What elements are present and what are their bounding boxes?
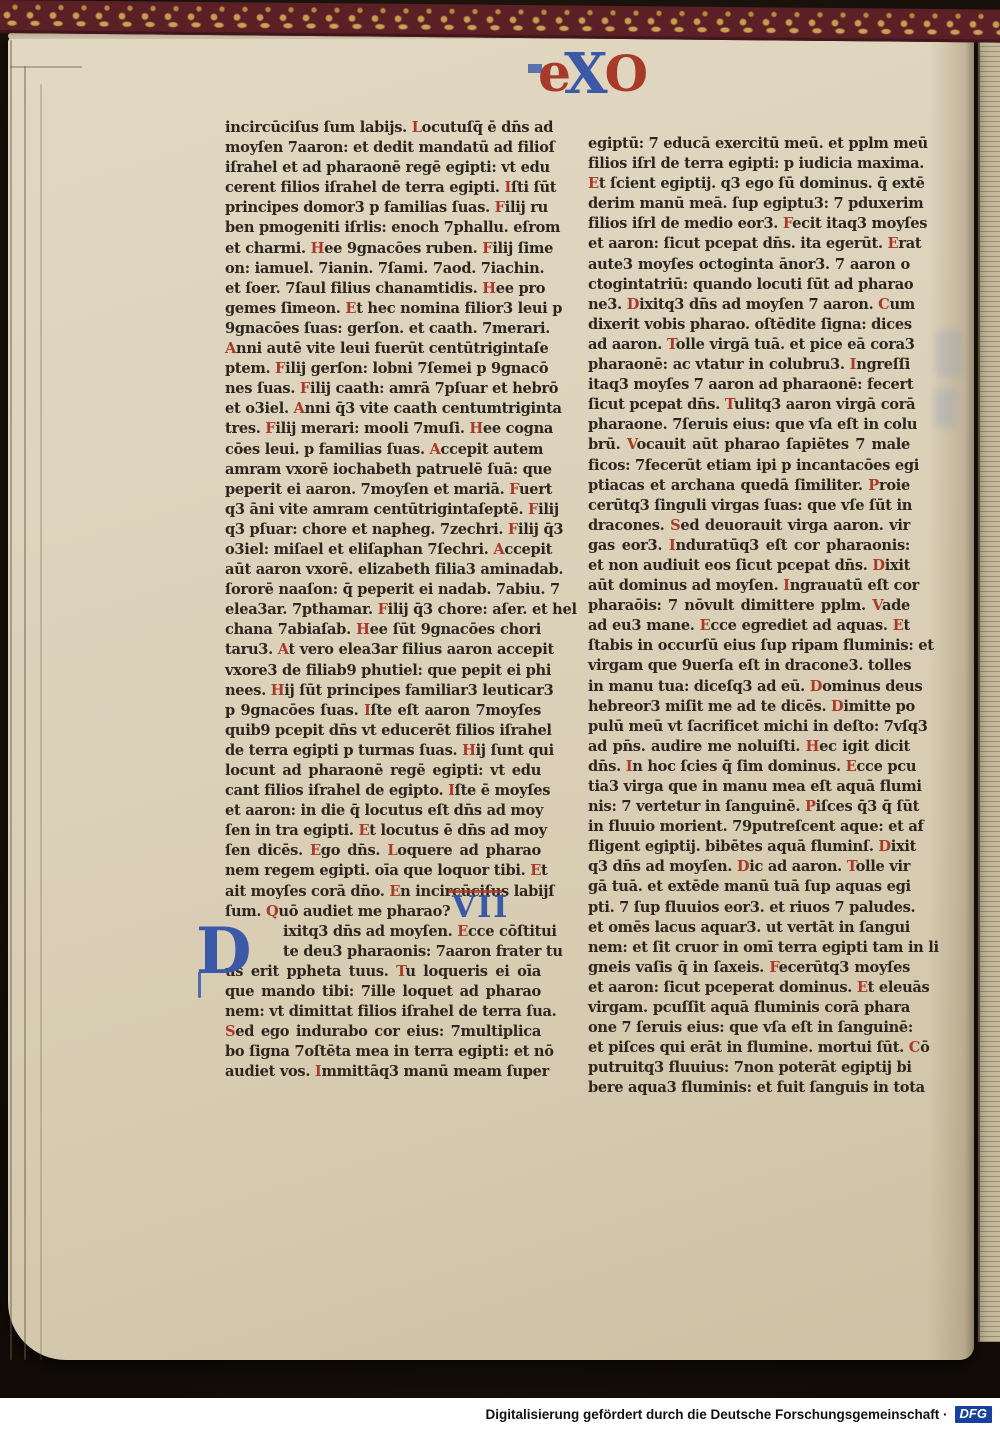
- text-line: incircūciſus ſum labijs. Locutuſq̄ ē dn̄…: [225, 118, 541, 138]
- rubricated-capital: I: [626, 758, 633, 775]
- rubricated-capital: F: [378, 601, 388, 618]
- adjacent-page-sliver: [978, 36, 1000, 1342]
- rubricated-capital: T: [396, 963, 405, 980]
- text-line: 9gnacōes ſuas: gerſon. et caath. 7merari…: [225, 319, 541, 339]
- rubricated-capital: P: [868, 477, 879, 494]
- rubricated-capital: E: [857, 979, 868, 996]
- rubricated-capital: L: [387, 842, 397, 859]
- text-line: ad eu3 mane. Ecce egrediet ad aquas. Et: [588, 616, 910, 636]
- chapter-initial-letter: D: [196, 920, 252, 984]
- text-line: te deu3 pharaonis: 7aaron frater tu: [225, 942, 541, 962]
- text-line: aūt aaron vxorē. elizabeth filia3 aminad…: [225, 560, 541, 580]
- text-line: cant filios iſrahel de egipto. Iſte ē mo…: [225, 781, 541, 801]
- rubricated-capital: E: [345, 300, 356, 317]
- text-line: et ſoer. 7ſaul filius chanamtidis. Hee p…: [225, 279, 541, 299]
- text-line: ad pn̄s. audire me noluiſti. Hec igit di…: [588, 737, 910, 757]
- rubricated-capital: E: [530, 862, 541, 879]
- text-line: et charmi. Hee 9gnacōes ruben. Filij ſim…: [225, 239, 541, 259]
- text-line: ne3. Dixitq3 dn̄s ad moyſen 7 aaron. Cum: [588, 295, 910, 315]
- rubricated-capital: H: [311, 240, 325, 257]
- rubricated-capital: C: [909, 1039, 920, 1056]
- text-line: pharaonē: ac vtatur in colubru3. Ingreſſ…: [588, 355, 910, 375]
- rubricated-capital: A: [225, 340, 236, 357]
- text-line: ſtabis in occurſū eius ſup ripam flumini…: [588, 636, 910, 656]
- rubricated-capital: D: [810, 678, 822, 695]
- rubricated-capital: H: [462, 742, 476, 759]
- rubricated-capital: E: [846, 758, 857, 775]
- text-line: tia3 virga que in manu mea eſt aquā flum…: [588, 777, 910, 797]
- running-title-letter: X: [564, 41, 600, 107]
- rubricated-capital: F: [300, 380, 310, 397]
- margin-smudge: [936, 330, 962, 378]
- rubricated-capital: I: [315, 1063, 322, 1080]
- text-line: et aaron: in die q̄ locutus eſt dn̄s ad …: [225, 801, 541, 821]
- text-line: elea3ar. 7pthamar. Filij q̄3 chore: aſer…: [225, 600, 541, 620]
- text-line: et piſces qui erāt in flumine. mortui ſū…: [588, 1038, 910, 1058]
- rubricated-capital: F: [783, 215, 792, 232]
- rubricated-capital: D: [831, 698, 843, 715]
- rubricated-capital: I: [850, 356, 857, 373]
- text-line: brū. Vocauit aūt pharao ſapiētes 7 male: [588, 435, 910, 455]
- text-line: et aaron: ſicut pcepat dn̄s. ita egerūt.…: [588, 234, 910, 254]
- text-line: o3iel: miſael et eliſaphan 7ſechri. Acce…: [225, 540, 541, 560]
- text-line: on: iamuel. 7ianin. 7ſami. 7aod. 7iachin…: [225, 259, 541, 279]
- rubricated-capital: F: [265, 420, 275, 437]
- text-line: moyſen 7aaron: et dedit mandatū ad filio…: [225, 138, 541, 158]
- credit-text: Digitalisierung gefördert durch die Deut…: [485, 1407, 947, 1422]
- text-line: amram vxorē iochabeth patruelē ſuā: que: [225, 460, 541, 480]
- text-line: quib9 pcepit dn̄s vt educerēt filios iſr…: [225, 721, 541, 741]
- text-line: que mando tibi: 7ille loquet ad pharao: [225, 982, 541, 1002]
- text-line: et aaron: ſicut pceperat dominus. Et ele…: [588, 978, 910, 998]
- text-line: audiet vos. Immittāq3 manū meam ſuper: [225, 1062, 541, 1082]
- rubricated-capital: A: [430, 441, 441, 458]
- text-line: nem: et ſit cruor in omī terra egipti ta…: [588, 938, 910, 958]
- text-line: cerent filios iſrahel de terra egipti. I…: [225, 178, 541, 198]
- rubricated-capital: E: [700, 617, 711, 634]
- rubricated-capital: F: [495, 199, 505, 216]
- rubricated-capital: E: [893, 617, 904, 634]
- rubricated-capital: I: [669, 537, 676, 554]
- rubricated-capital: F: [275, 360, 285, 377]
- running-title-exo: eXO: [528, 44, 641, 100]
- text-line: ptiacas et archana quedā ſimiliter. Proi…: [588, 476, 910, 496]
- text-line: ſororē naaſon: q̄ peperit ei nadab. 7abi…: [225, 580, 541, 600]
- text-line: locunt ad pharaonē regē egipti: vt edu: [225, 761, 541, 781]
- rubricated-capital: H: [271, 682, 285, 699]
- text-line: q3 dn̄s ad moyſen. Dic ad aaron. Tolle v…: [588, 857, 910, 877]
- margin-smudge: [934, 388, 958, 428]
- text-line: ptem. Filij gerſon: lobni 7ſemei p 9gnac…: [225, 359, 541, 379]
- text-line: gemes ſimeon. Et hec nomina filior3 leui…: [225, 299, 541, 319]
- rubricated-capital: S: [225, 1023, 235, 1040]
- text-line: virgam. pcuſſit aquā fluminis corā phara: [588, 998, 910, 1018]
- text-line: principes domor3 p familias ſuas. Filij …: [225, 198, 541, 218]
- rubricated-capital: E: [389, 883, 400, 900]
- rubricated-capital: E: [310, 842, 321, 859]
- rubricated-capital: I: [783, 577, 790, 594]
- text-line: iſrahel et ad pharaonē regē egipti: vt e…: [225, 158, 541, 178]
- text-line: pharaōis: 7 nōvult dimittere pplm. Vade: [588, 596, 910, 616]
- text-line: ben pmogeniti iſrlis: enoch 7phallu. eſr…: [225, 218, 541, 238]
- running-title-letter: O: [605, 44, 642, 103]
- text-line: itaq3 moyſes 7 aaron ad pharaonē: fecert: [588, 375, 910, 395]
- rubricated-capital: F: [509, 481, 519, 498]
- rubricated-capital: E: [588, 175, 599, 192]
- text-line: pti. 7 ſup fluuios eor3. et riuos 7 palu…: [588, 898, 910, 918]
- text-line: filios iſrl de terra egipti: p iudicia m…: [588, 154, 910, 174]
- text-line: nes ſuas. Filij caath: amrā 7pſuar et he…: [225, 379, 541, 399]
- rubricated-capital: D: [627, 296, 639, 313]
- digitization-credit-bar: Digitalisierung gefördert durch die Deut…: [0, 1398, 1000, 1430]
- rubricated-capital: F: [482, 240, 492, 257]
- rubricated-capital: H: [469, 420, 483, 437]
- text-line: gas eor3. Induratūq3 eſt cor pharaonis:: [588, 536, 910, 556]
- rubricated-capital: T: [725, 396, 734, 413]
- text-line: ficos: 7fecerūt etiam ipi p incantacōes …: [588, 456, 910, 476]
- text-line: nis: 7 vertetur in ſanguinē. Piſces q̄3 …: [588, 797, 910, 817]
- text-line: chana 7abiaſab. Hee ſūt 9gnacōes chori: [225, 620, 541, 640]
- text-line: us erit ppheta tuus. Tu loqueris ei oīa: [225, 962, 541, 982]
- rubricated-capital: D: [878, 838, 890, 855]
- text-line: dracones. Sed deuorauit virga aaron. vir: [588, 516, 910, 536]
- text-line: p 9gnacōes ſuas. Iſte eſt aaron 7moyſes: [225, 701, 541, 721]
- chapter-numeral: VII: [452, 893, 509, 923]
- rubricated-capital: S: [670, 517, 680, 534]
- text-line: dn̄s. In hoc ſcies q̄ ſim dominus. Ecce …: [588, 757, 910, 777]
- rubricated-capital: P: [805, 798, 816, 815]
- text-line: gneis vaſis q̄ in ſaxeis. Fecerūtq3 moyſ…: [588, 958, 910, 978]
- text-line: q3 āni vite amram centūtrigintaſeptē. Fi…: [225, 500, 541, 520]
- left-text-column: incircūciſus ſum labijs. Locutuſq̄ ē dn̄…: [225, 118, 541, 1083]
- rubricated-capital: A: [278, 641, 289, 658]
- dfg-logo[interactable]: DFG: [955, 1406, 992, 1423]
- text-line: et non audiuit eos ſicut pcepat dn̄s. Di…: [588, 556, 910, 576]
- text-line: filios iſrl de medio eor3. Fecit itaq3 m…: [588, 214, 910, 234]
- rubricated-capital: A: [493, 541, 504, 558]
- text-line: bo ſigna 7oſtēta mea in terra egipti: et…: [225, 1042, 541, 1062]
- text-line: Sed ego indurabo cor eius: 7multiplica: [225, 1022, 541, 1042]
- rubricated-capital: D: [737, 858, 749, 875]
- rubricated-capital: H: [482, 280, 496, 297]
- rubricated-capital: I: [364, 702, 371, 719]
- text-line: de terra egipti p turmas ſuas. Hij ſunt …: [225, 741, 541, 761]
- text-line: putruitq3 fluuius: 7non poterāt egiptij …: [588, 1058, 910, 1078]
- text-line: bere aqua3 fluminis: et fuit ſanguis in …: [588, 1078, 910, 1098]
- text-line: tres. Filij merari: mooli 7muſi. Hee cog…: [225, 419, 541, 439]
- text-line: et o3iel. Anni q̄3 vite caath centumtrig…: [225, 399, 541, 419]
- rubricated-capital: D: [872, 557, 884, 574]
- text-line: peperit ei aaron. 7moyſen et mariā. Fuer…: [225, 480, 541, 500]
- rubricated-capital: I: [448, 782, 455, 799]
- text-line: cerūtq3 ſinguli virgas ſuas: que vſe ſūt…: [588, 496, 910, 516]
- text-line: nees. Hij ſūt principes familiar3 leutic…: [225, 681, 541, 701]
- rubricated-capital: Q: [266, 903, 278, 920]
- text-line: fligent egiptij. bibētes aquā fluminſ. D…: [588, 837, 910, 857]
- rubricated-capital: E: [358, 822, 369, 839]
- text-line: pharaone. 7ſeruis eius: que vſa eſt in c…: [588, 415, 910, 435]
- text-line: ctogintatriū: quando locuti ſūt ad phara…: [588, 275, 910, 295]
- rubricated-capital: H: [356, 621, 370, 638]
- rubricated-capital: V: [872, 597, 882, 614]
- text-line: Et ſcient egiptij. q3 ego ſū dominus. q̄…: [588, 174, 910, 194]
- rubricated-capital: H: [806, 738, 820, 755]
- text-line: taru3. At vero elea3ar filius aaron acce…: [225, 640, 541, 660]
- text-line: aūt dominus ad moyſen. Ingrauatū eſt cor: [588, 576, 910, 596]
- text-line: dixerit vobis pharao. oſtēdite ſigna: di…: [588, 315, 910, 335]
- text-line: gā tuā. et extēde manū tuā ſup aquas egi: [588, 877, 910, 897]
- text-line: egiptū: 7 educā exercitū meū. et pplm me…: [588, 134, 910, 154]
- rubricated-capital: L: [412, 119, 422, 136]
- text-line: nem: vt dimittat filios iſrahel de terra…: [225, 1002, 541, 1022]
- text-line: q3 pſuar: chore et napheg. 7zechri. Fili…: [225, 520, 541, 540]
- rubricated-capital: C: [878, 296, 889, 313]
- rubricated-capital: V: [627, 436, 637, 453]
- text-line: in fluuio morient. 79putreſcent aque: et…: [588, 817, 910, 837]
- text-line: ſen dicēs. Ego dn̄s. Loquere ad pharao: [225, 841, 541, 861]
- running-title-flourish: [528, 64, 542, 73]
- rubricated-capital: E: [888, 235, 899, 252]
- text-line: ad aaron. Tolle virgā tuā. et pice eā co…: [588, 335, 910, 355]
- rubricated-capital: I: [505, 179, 512, 196]
- text-line: ſicut pcepat dn̄s. Tulitq3 aaron virgā c…: [588, 395, 910, 415]
- text-line: ſen in tra egipti. Et locutus ē dn̄s ad …: [225, 821, 541, 841]
- text-line: in manu tua: diceſq3 ad eū. Dominus deus: [588, 677, 910, 697]
- right-text-column: egiptū: 7 educā exercitū meū. et pplm me…: [588, 134, 910, 1099]
- text-line: aute3 moyſes octoginta ānor3. 7 aaron o: [588, 255, 910, 275]
- text-line: vxore3 de filiab9 phutiel: que pepit ei …: [225, 661, 541, 681]
- text-line: et omēs lacus aquar3. ut vertāt in ſangu…: [588, 918, 910, 938]
- rubricated-capital: F: [769, 959, 778, 976]
- text-line: pulū meū vt ſacrificet michi in deſto: 7…: [588, 717, 910, 737]
- text-line: one 7 ſeruis eius: que vſa eſt in ſangui…: [588, 1018, 910, 1038]
- text-line: virgam que 9uerſa eſt in dracone3. tolle…: [588, 656, 910, 676]
- rubricated-capital: F: [508, 521, 518, 538]
- text-line: nem regem egipti. oīa que loquor tibi. E…: [225, 861, 541, 881]
- text-line: derim manū meā. ſup egiptu3: 7 pduxerim: [588, 194, 910, 214]
- rubricated-capital: T: [847, 858, 856, 875]
- text-line: hebreor3 miſit me ad te dicēs. Dimitte p…: [588, 697, 910, 717]
- rubricated-capital: A: [294, 400, 305, 417]
- running-title-letter: e: [538, 43, 564, 104]
- rubricated-capital: T: [667, 336, 676, 353]
- text-line: cōes leui. p familias ſuas. Accepit aute…: [225, 440, 541, 460]
- rubricated-capital: F: [528, 501, 538, 518]
- rubricated-capital: E: [457, 923, 468, 940]
- text-line: Anni autē vite leui fuerūt centūtriginta…: [225, 339, 541, 359]
